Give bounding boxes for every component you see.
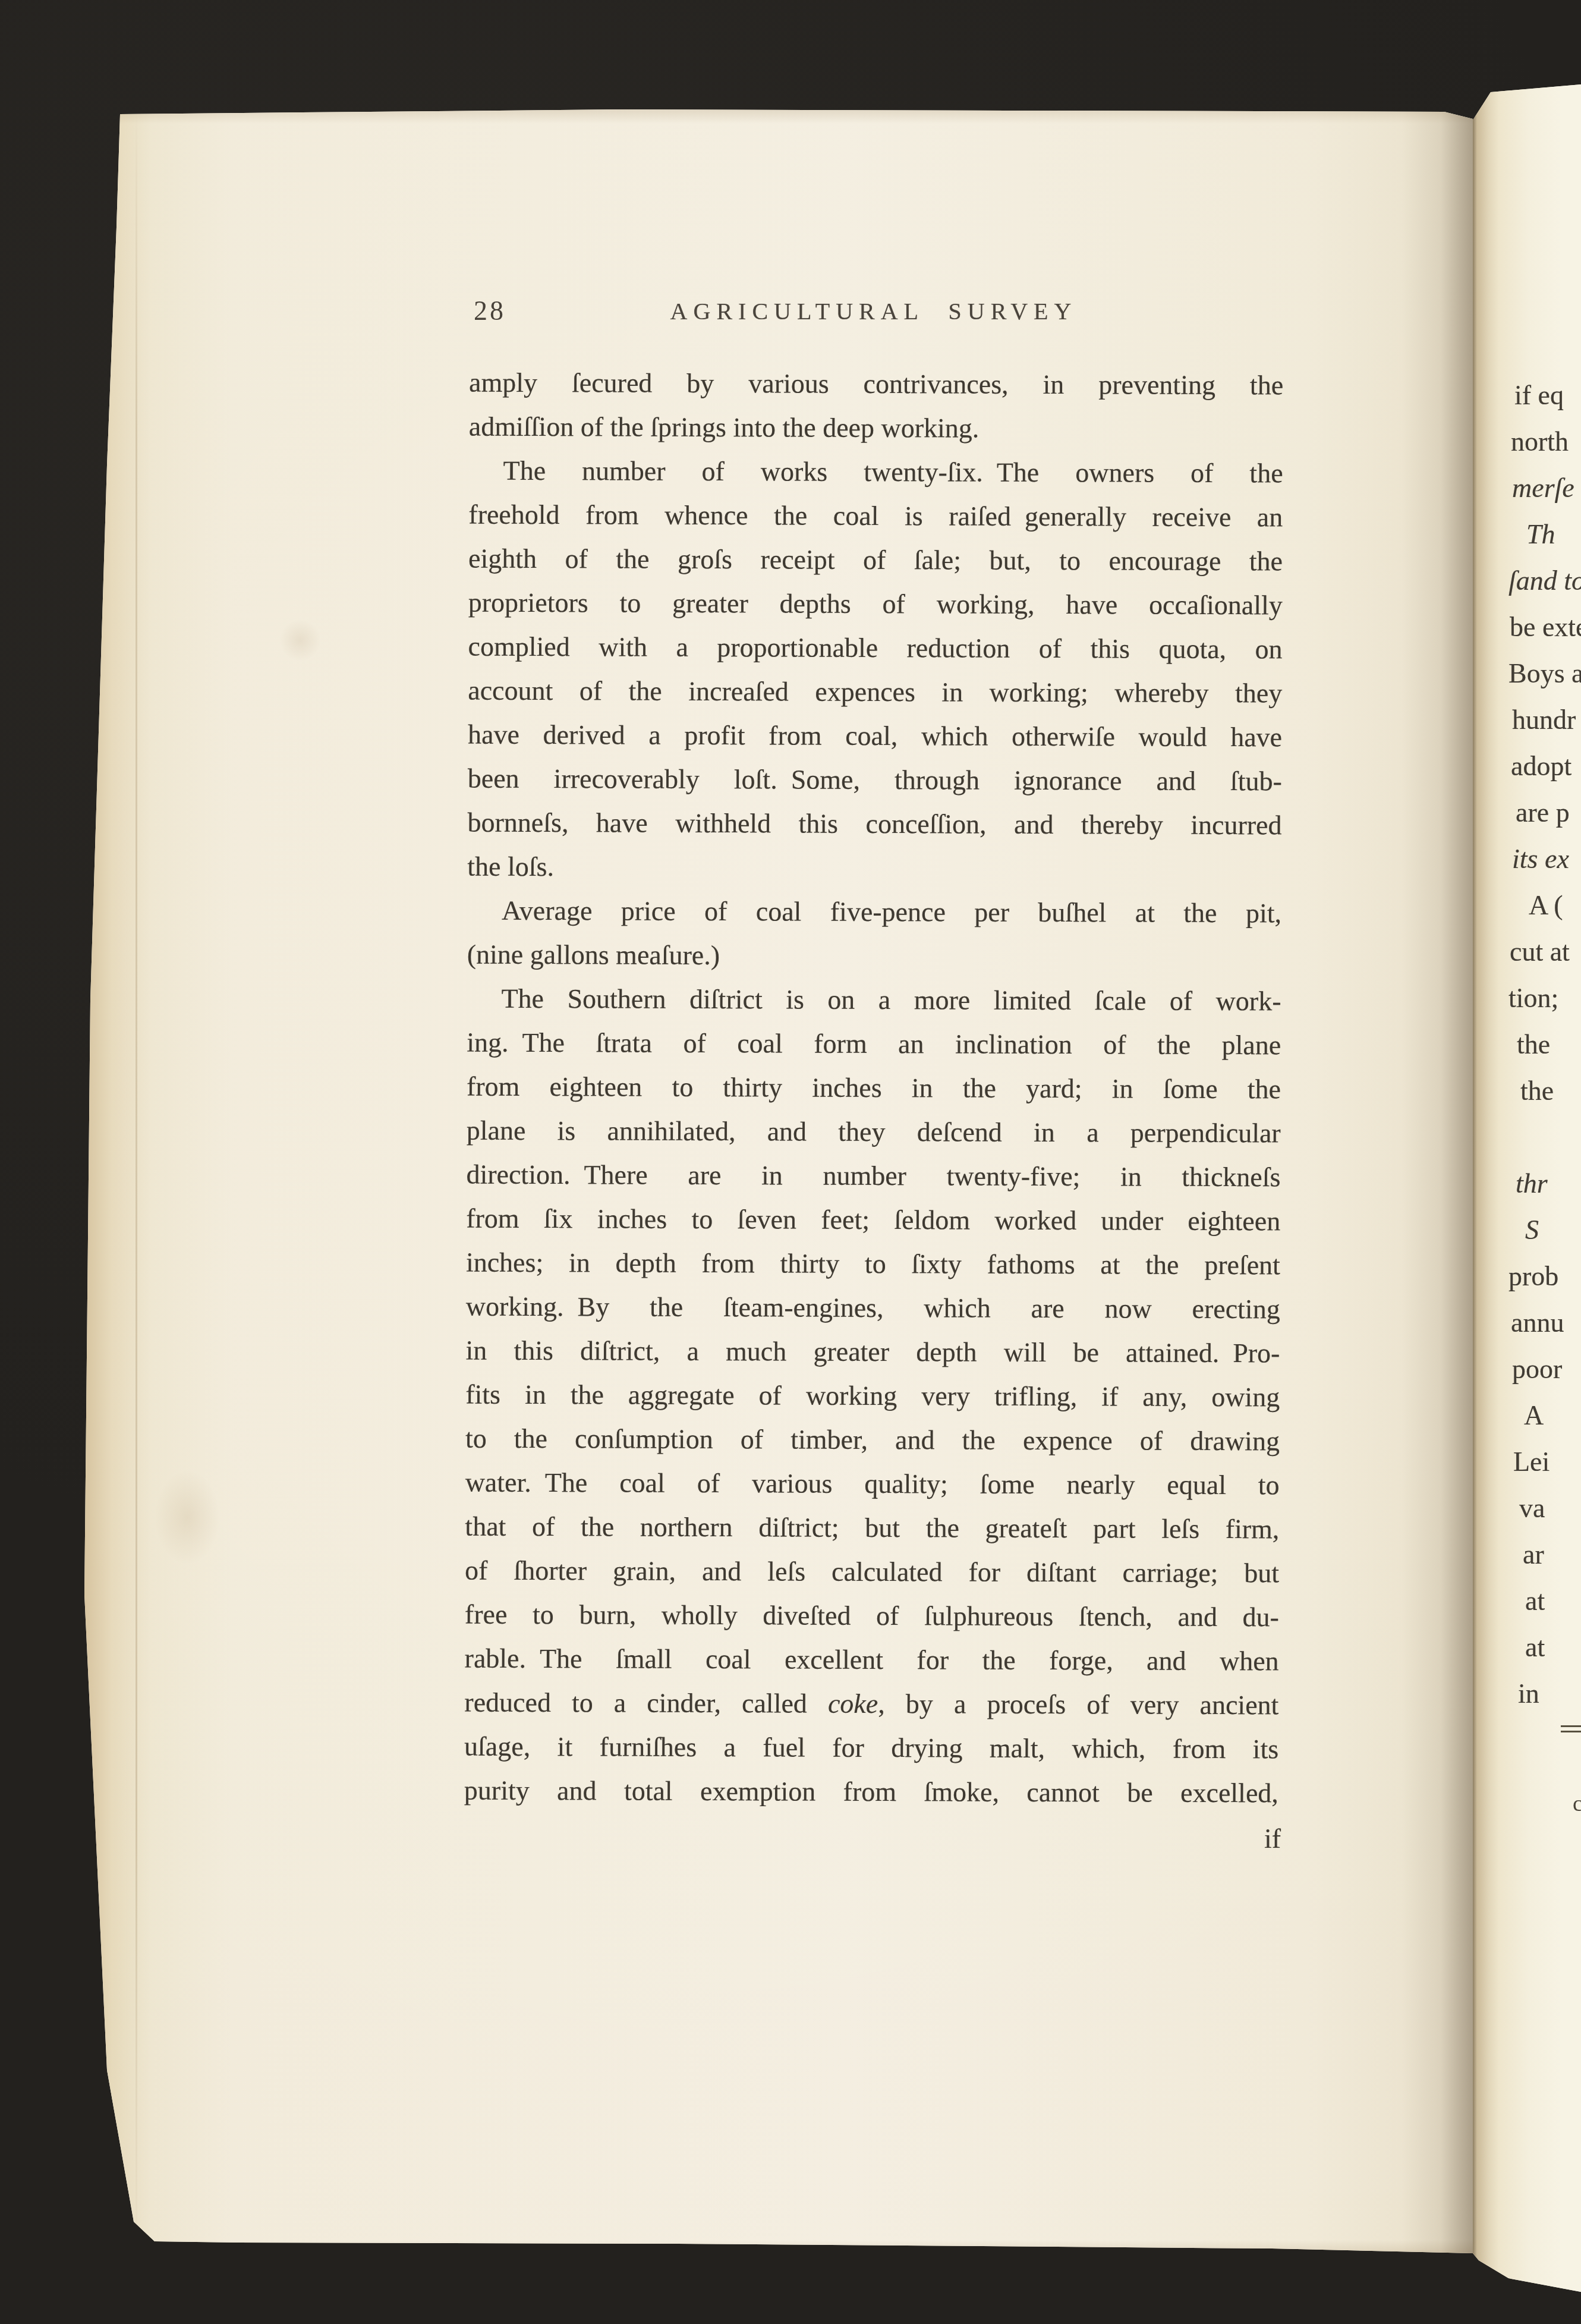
text-line: admiſſion of the ſprings into the deep w… <box>469 405 1283 452</box>
partial-text-line: S <box>1473 1207 1581 1253</box>
partial-text-line: ar <box>1473 1531 1581 1578</box>
text-line: complied with a proportionable reduction… <box>468 625 1282 672</box>
text-line: free to burn, wholly diveſted of ſulphur… <box>465 1593 1279 1640</box>
partial-text-line: if eq <box>1473 372 1581 419</box>
partial-text-line: Th <box>1473 511 1581 558</box>
paper-stain <box>279 619 321 661</box>
partial-text-line: the <box>1473 1068 1581 1114</box>
partial-text-line: cut at <box>1473 929 1581 975</box>
right-page-text: if eqnorthmerſeThſand tobe exteBoys ahun… <box>1473 372 1581 1717</box>
text-line: plane is annihilated, and they deſcend i… <box>467 1109 1281 1156</box>
text-line: working. By the ſteam-engines, which are… <box>466 1285 1280 1332</box>
partial-text-line: at <box>1473 1578 1581 1624</box>
partial-text-line: are p <box>1473 790 1581 836</box>
partial-text-line: its ex <box>1473 836 1581 882</box>
text-line: fits in the aggregate of working very tr… <box>465 1373 1280 1420</box>
gutter-shadow <box>1402 108 1473 2260</box>
book-page-left: 28 AGRICULTURAL SURVEY amply ſecured by … <box>83 108 1473 2260</box>
text-line: water. The coal of various quality; ſome… <box>465 1461 1280 1508</box>
partial-text-line: at <box>1473 1624 1581 1671</box>
text-line: to the conſumption of timber, and the ex… <box>465 1417 1280 1464</box>
partial-text-line: poor <box>1473 1346 1581 1392</box>
partial-text-line: prob <box>1473 1253 1581 1300</box>
italic-word: coke <box>828 1688 878 1719</box>
scan-background: 28 AGRICULTURAL SURVEY amply ſecured by … <box>0 0 1581 2324</box>
partial-text-line: be exte <box>1473 604 1581 650</box>
paper-stain <box>155 1470 220 1565</box>
partial-text-line: north <box>1473 419 1581 465</box>
text-line: ing. The ſtrata of coal form an inclinat… <box>467 1021 1281 1068</box>
text-line: rable. The ſmall coal excellent for the … <box>465 1637 1279 1684</box>
signature-mark: c <box>1573 1791 1581 1817</box>
catchword: if <box>467 1823 1281 1854</box>
text-line: inches; in depth from thirty to ſixty fa… <box>466 1241 1280 1288</box>
partial-text-line: va <box>1473 1485 1581 1531</box>
text-line: the loſs. <box>467 845 1281 892</box>
text-segment: , by a proceſs of very ancient <box>878 1688 1278 1720</box>
partial-text-line: thr <box>1473 1161 1581 1207</box>
partial-text-line: the <box>1473 1021 1581 1068</box>
partial-text-line <box>1473 1114 1581 1161</box>
text-line: have derived a profit from coal, which o… <box>468 713 1282 760</box>
text-line: proprietors to greater depths of working… <box>468 581 1283 628</box>
text-line: amply ſecured by various contrivances, i… <box>469 361 1283 408</box>
text-line: (nine gallons meaſure.) <box>467 933 1281 980</box>
page-header: 28 AGRICULTURAL SURVEY <box>467 291 1281 333</box>
text-line: The number of works twenty-ſix. The owne… <box>468 449 1283 496</box>
partial-text-line: annu <box>1473 1300 1581 1346</box>
partial-text-line: Boys a <box>1473 650 1581 697</box>
partial-text-line: in <box>1473 1671 1581 1717</box>
running-title: AGRICULTURAL SURVEY <box>467 297 1281 325</box>
text-line: that of the northern diſtrict; but the g… <box>465 1505 1279 1552</box>
text-segment: reduced to a cinder, called <box>464 1687 828 1719</box>
text-line: bornneſs, have withheld this conceſſion,… <box>467 801 1281 848</box>
text-line: from eighteen to thirty inches in the ya… <box>467 1065 1281 1112</box>
text-line: The Southern diſtrict is on a more limit… <box>467 977 1281 1024</box>
text-line: eighth of the groſs receipt of ſale; but… <box>468 537 1283 584</box>
partial-text-line: merſe <box>1473 465 1581 511</box>
text-line: purity and total exemption from ſmoke, c… <box>464 1769 1278 1816</box>
footnote-rule <box>1561 1725 1581 1732</box>
body-text: amply ſecured by various contrivances, i… <box>464 361 1284 1816</box>
text-line: reduced to a cinder, called coke, by a p… <box>464 1681 1278 1728</box>
text-line: freehold from whence the coal is raiſed … <box>468 493 1283 540</box>
text-line: direction. There are in number twenty-fi… <box>466 1153 1280 1200</box>
text-line: from ſix inches to ſeven feet; ſeldom wo… <box>466 1197 1280 1244</box>
text-line: uſage, it furniſhes a fuel for drying ma… <box>464 1725 1278 1772</box>
partial-text-line: ſand to <box>1473 558 1581 604</box>
page-edge-crease <box>136 108 137 2260</box>
partial-text-line: Lei <box>1473 1439 1581 1485</box>
partial-text-line: A ( <box>1473 882 1581 929</box>
partial-text-line: adopt <box>1473 743 1581 790</box>
text-line: been irrecoverably loſt. Some, through i… <box>468 757 1282 804</box>
text-line: account of the increaſed expences in wor… <box>468 669 1282 716</box>
partial-text-line: tion; <box>1473 975 1581 1021</box>
partial-text-line: hundr <box>1473 697 1581 743</box>
partial-text-line: A <box>1473 1392 1581 1439</box>
text-line: of ſhorter grain, and leſs calculated fo… <box>465 1549 1279 1596</box>
text-line: in this diſtrict, a much greater depth w… <box>465 1329 1280 1376</box>
book-page-right: if eqnorthmerſeThſand tobe exteBoys ahun… <box>1473 83 1581 2296</box>
text-line: Average price of coal five-pence per buſ… <box>467 889 1281 936</box>
